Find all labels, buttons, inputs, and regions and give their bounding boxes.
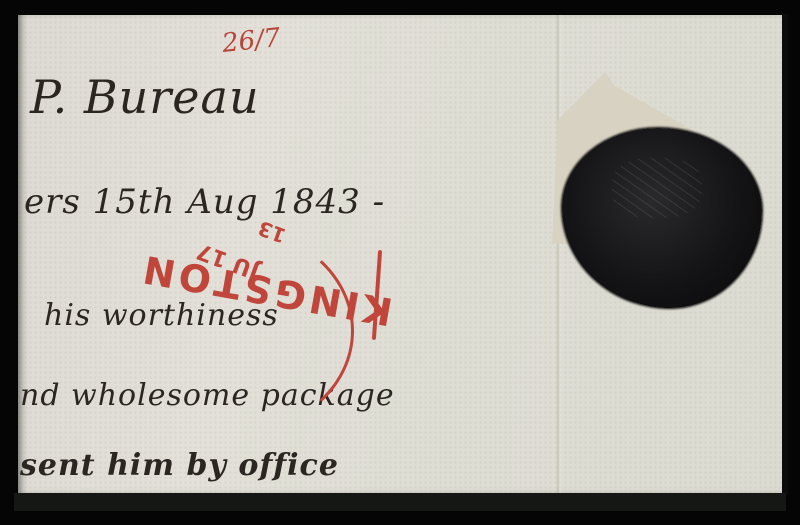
red-postmark: KINGSTON JU 17 13 (118, 228, 354, 438)
reference-number: 26/7 (221, 23, 282, 59)
handwriting-line-1: P. Bureau (30, 70, 260, 124)
handwriting-line-5: sent him by office (20, 448, 339, 483)
handwriting-line-2: ers 15th Aug 1843 - (24, 182, 385, 222)
bottom-border-shadow (14, 493, 786, 511)
paper-fold-line (556, 15, 562, 493)
right-border-shadow (782, 14, 788, 494)
